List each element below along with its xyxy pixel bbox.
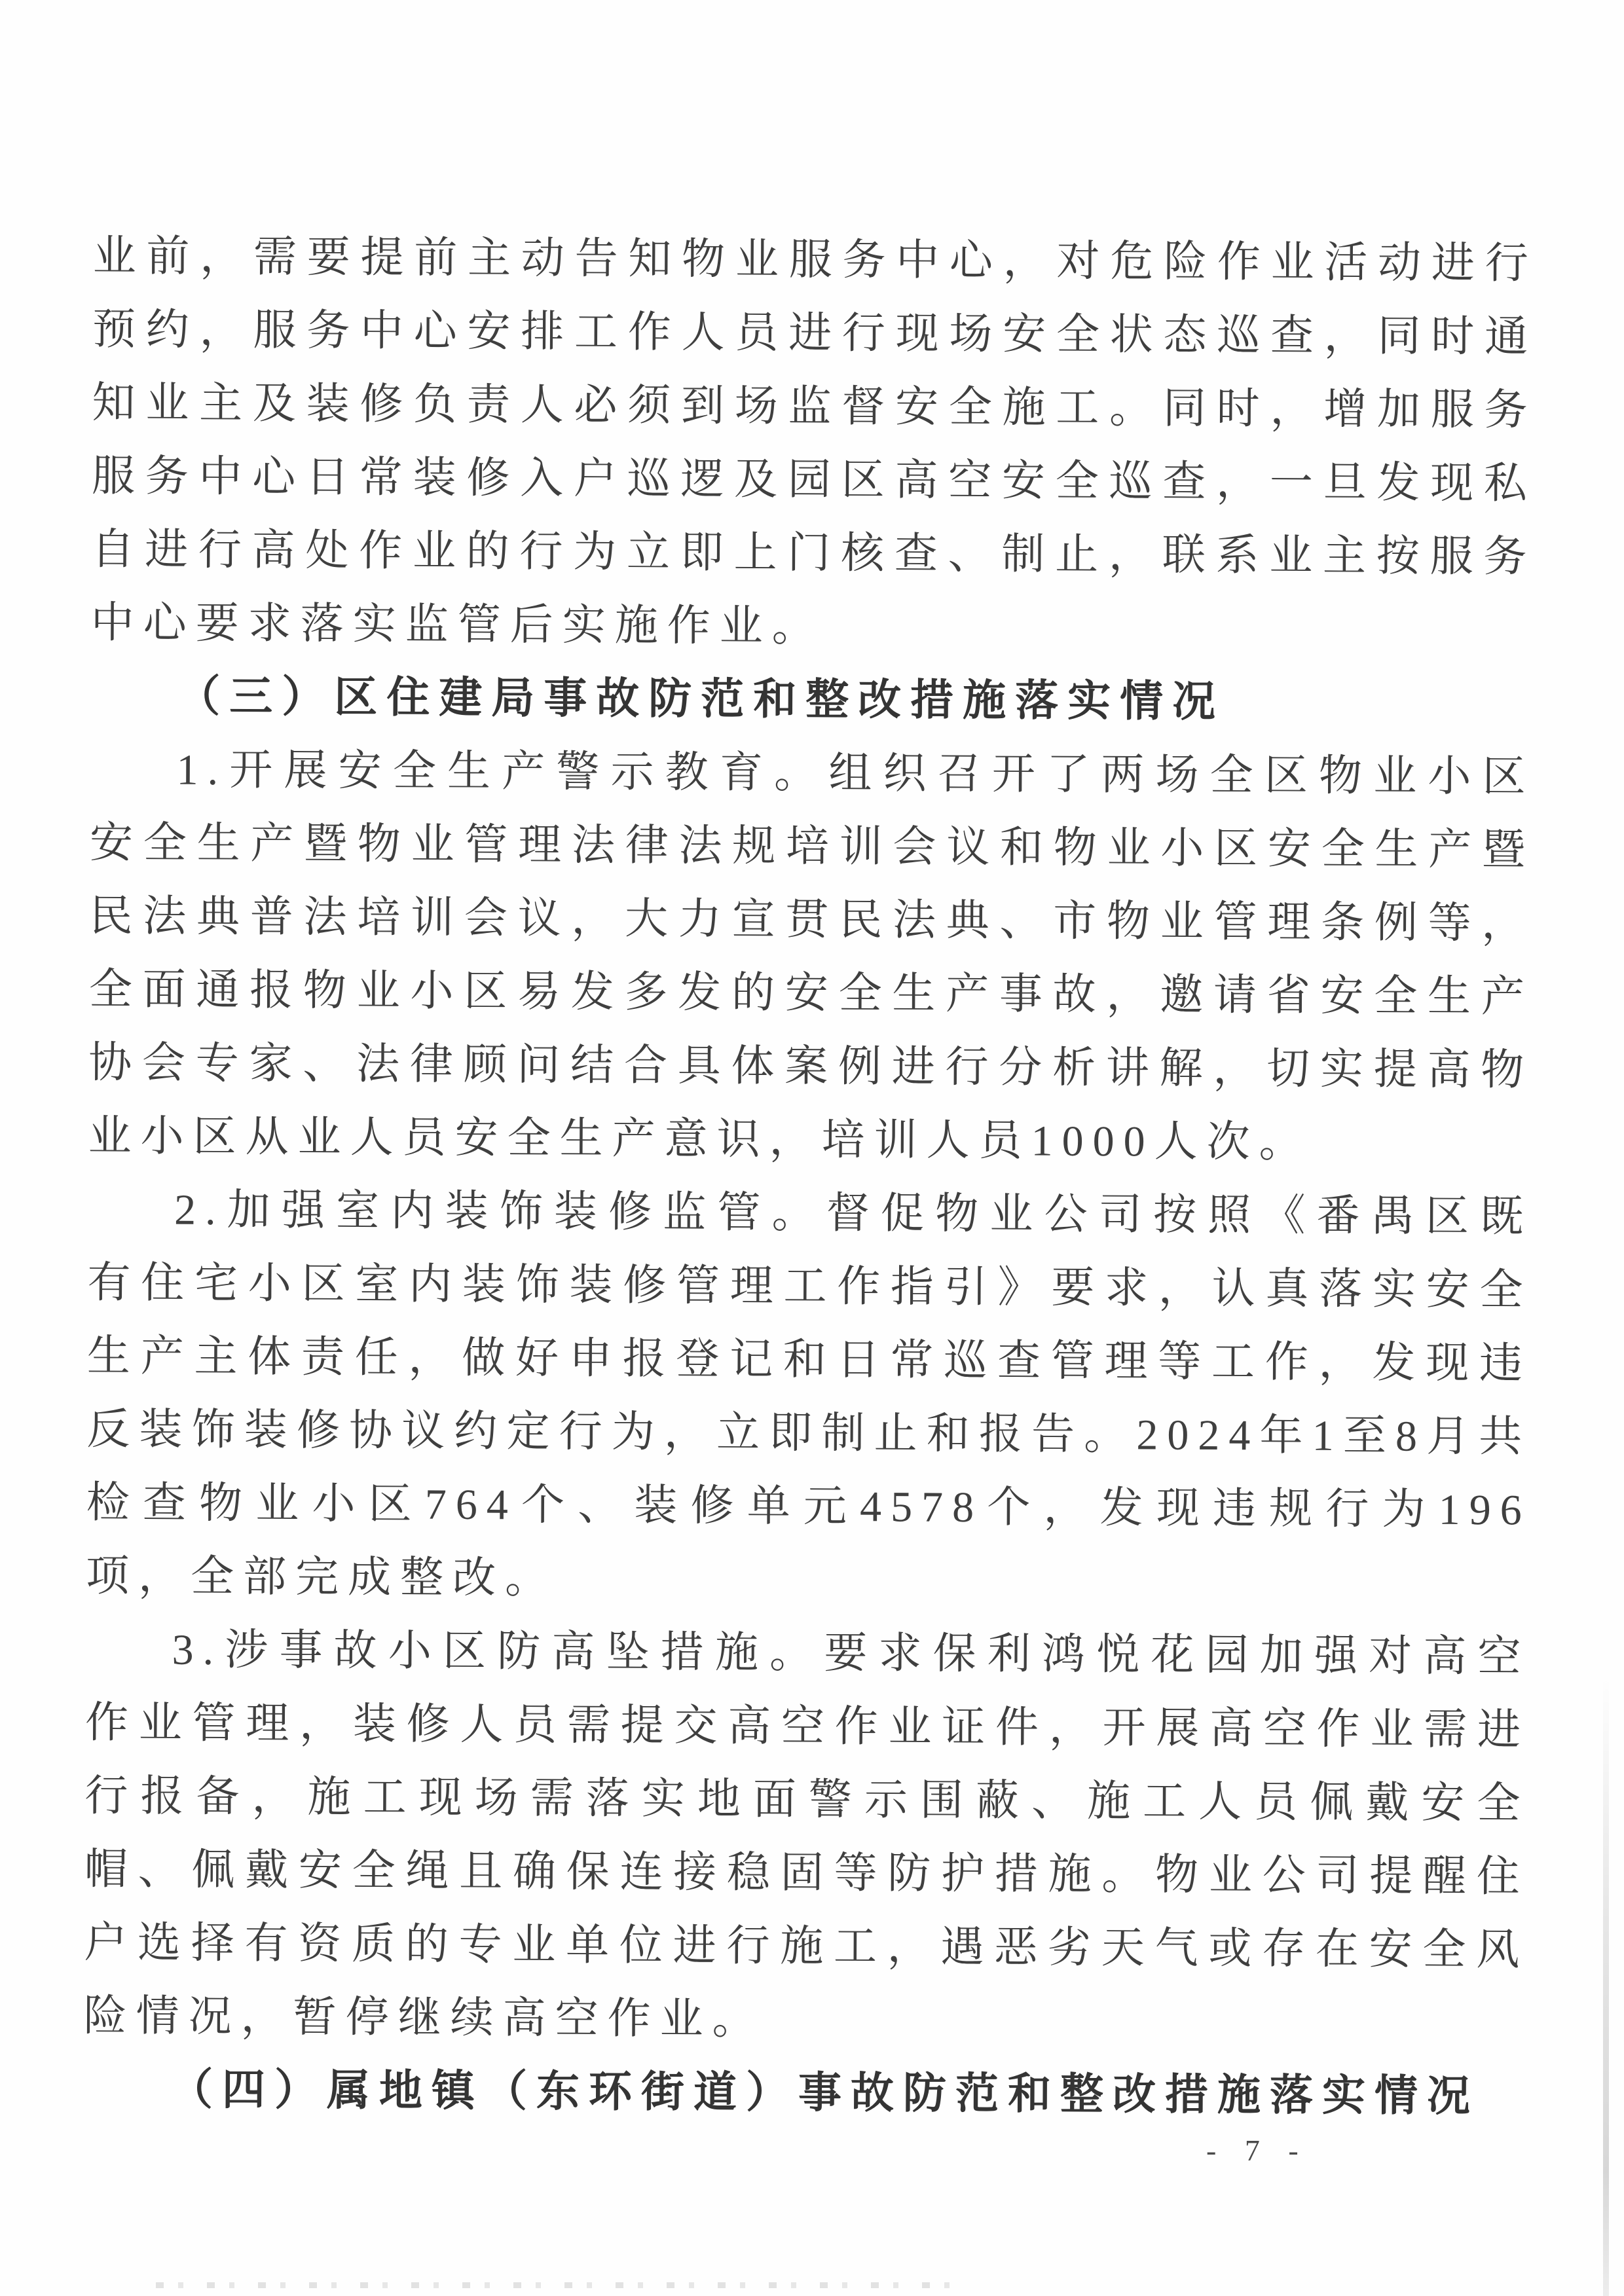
section-heading-four: （四）属地镇（东环街道）事故防范和整改措施落实情况 xyxy=(83,2053,1528,2134)
scanned-document-page: 业前，需要提前主动告知物业服务中心，对危险作业活动进行预约，服务中心安排工作人员… xyxy=(0,0,1624,2296)
scan-smudge-artifact xyxy=(156,2282,968,2288)
section-heading-three: （三）区住建局事故防范和整改措施落实情况 xyxy=(90,660,1536,741)
page-number: - 7 - xyxy=(1206,2133,1309,2168)
scan-streak-artifact xyxy=(1603,1676,1609,2296)
paragraph-item-3: 3.涉事故小区防高坠措施。要求保利鸿悦花园加强对高空作业管理，装修人员需提交高空… xyxy=(83,1613,1530,2061)
paragraph-item-2: 2.加强室内装饰装修监管。督促物业公司按照《番禺区既有住宅小区室内装饰装修管理工… xyxy=(86,1173,1532,1621)
paragraph-item-1: 1.开展安全生产警示教育。组织召开了两场全区物业小区安全生产暨物业管理法律法规培… xyxy=(88,733,1534,1181)
paragraph-continuation: 业前，需要提前主动告知物业服务中心，对危险作业活动进行预约，服务中心安排工作人员… xyxy=(90,220,1537,668)
document-text-block: 业前，需要提前主动告知物业服务中心，对危险作业活动进行预约，服务中心安排工作人员… xyxy=(83,220,1538,2134)
